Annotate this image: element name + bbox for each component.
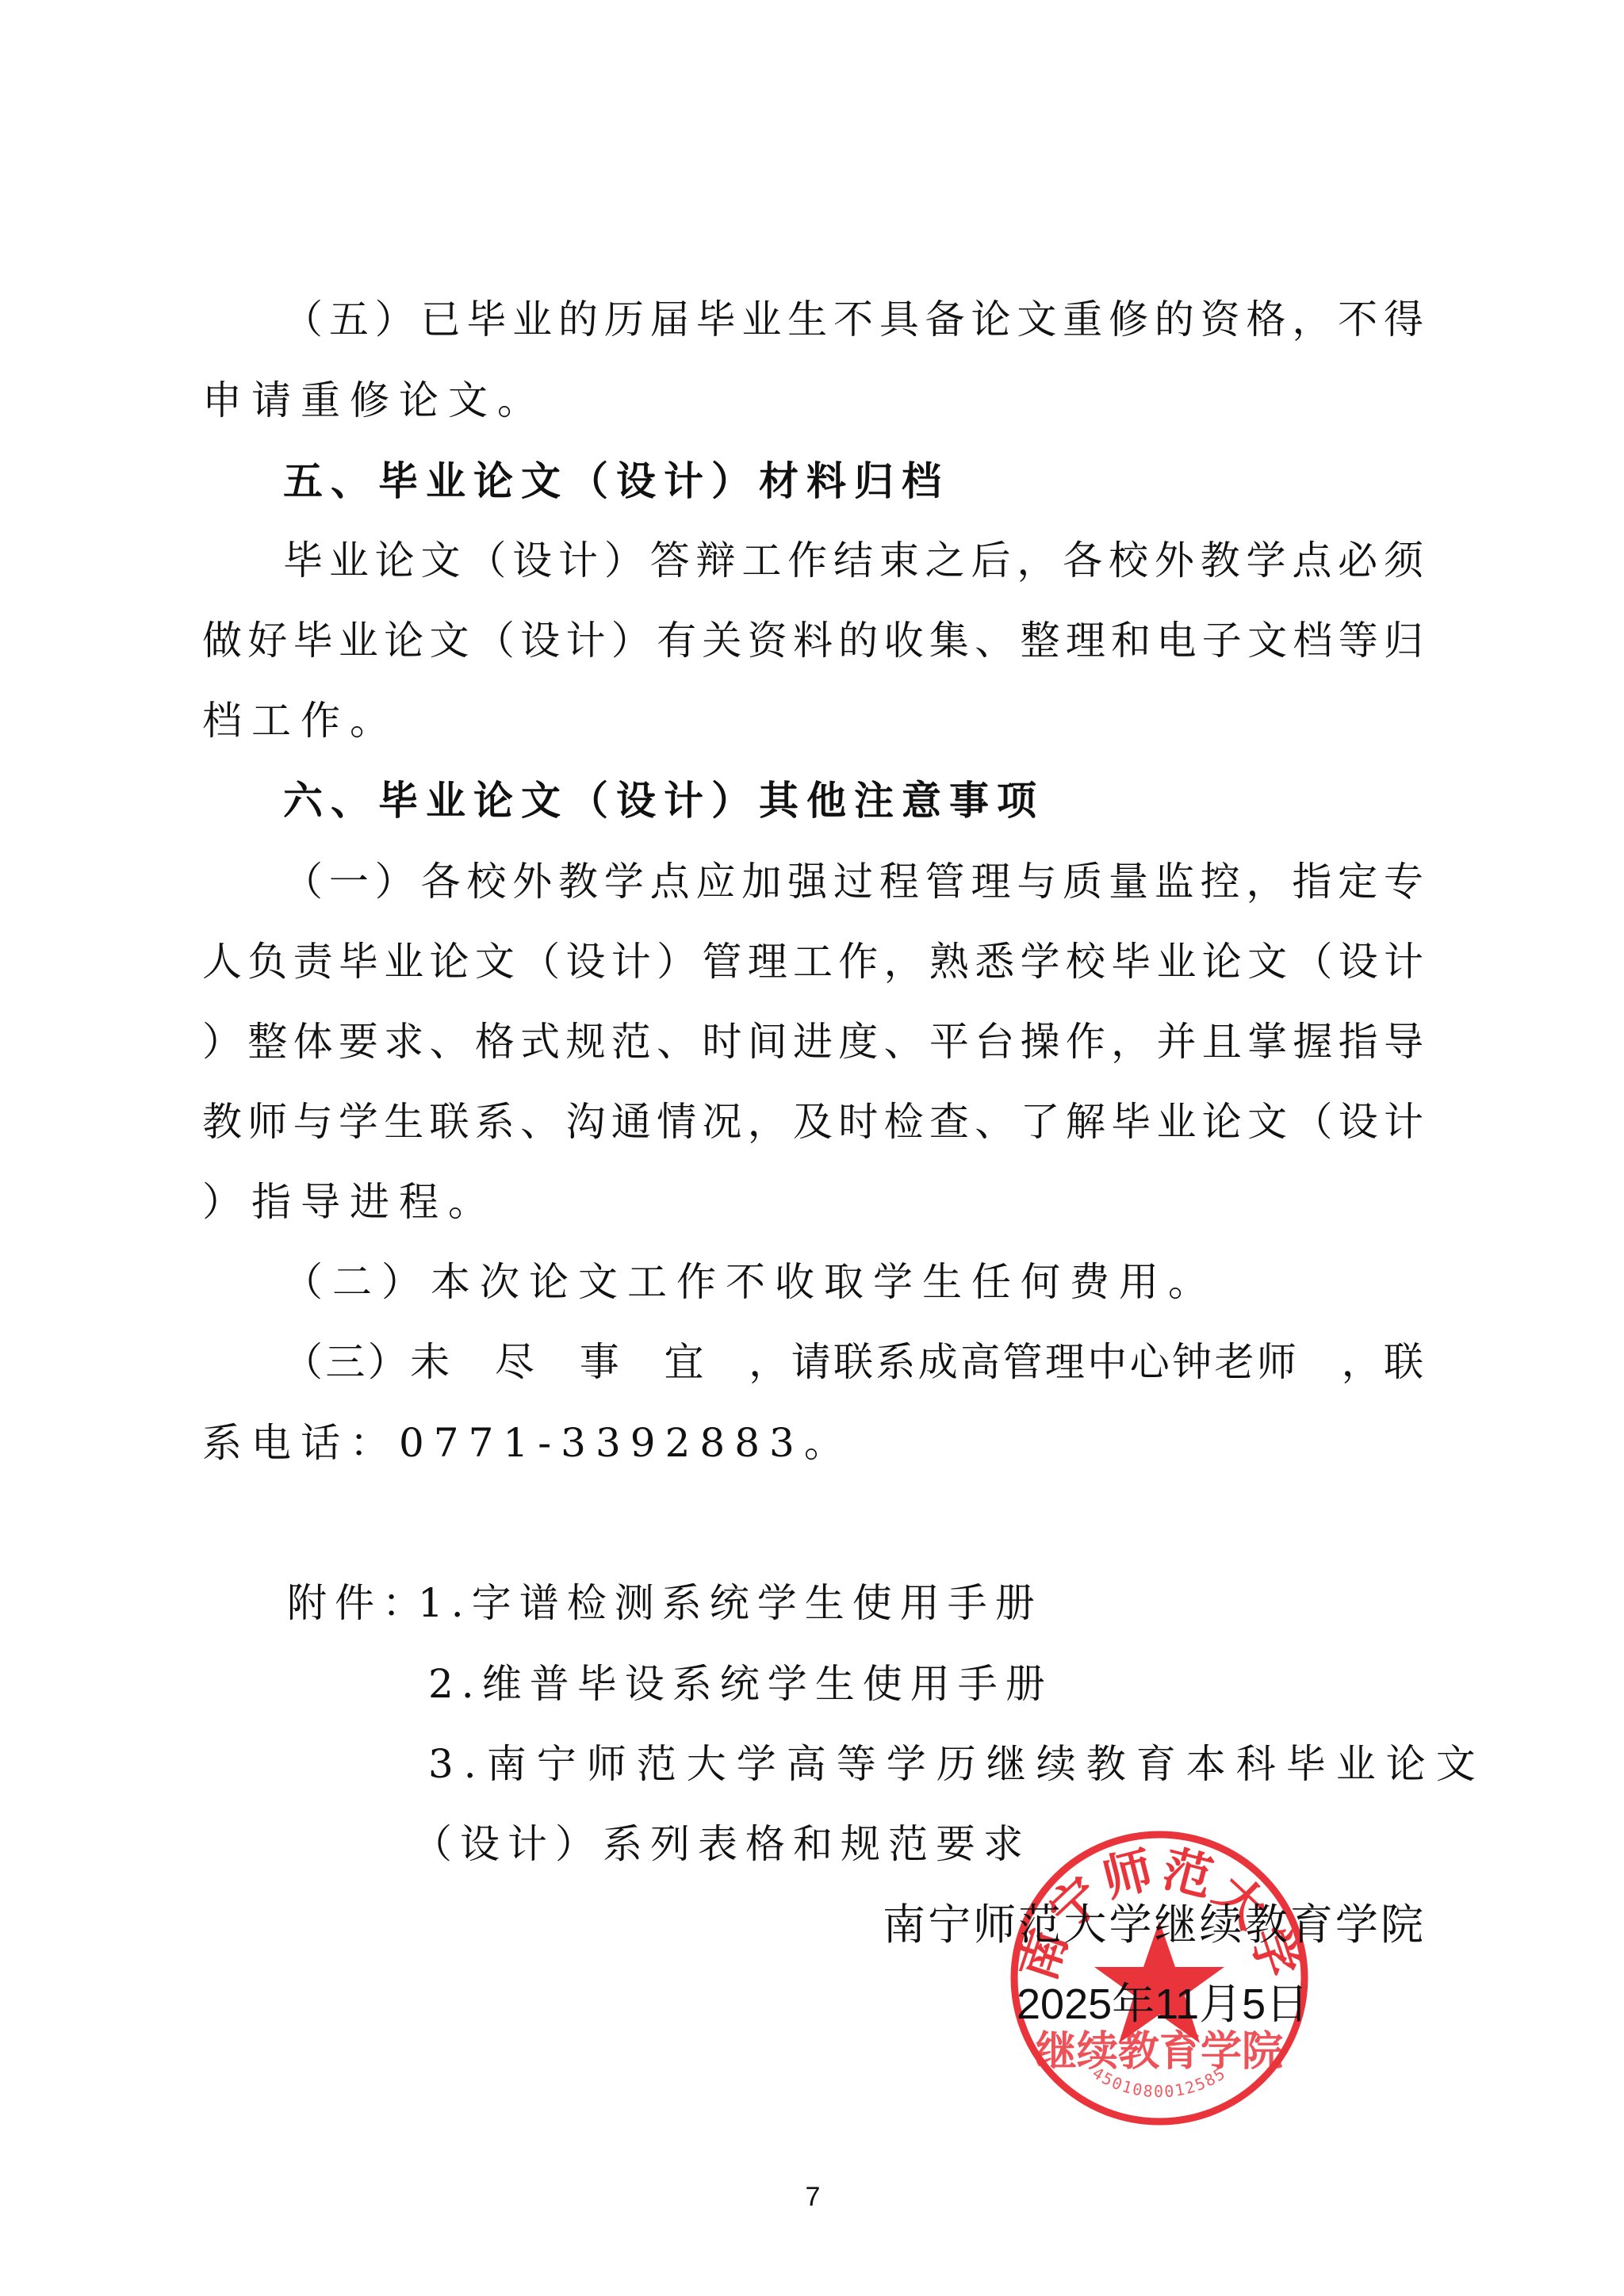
- section-heading-other-notes: 六、毕业论文（设计）其他注意事项: [283, 775, 1044, 826]
- paragraph-line: 毕业论文（设计）答辩工作结束之后，各校外教学点必须: [283, 535, 1423, 586]
- document-page: （五）已毕业的历届毕业生不具备论文重修的资格，不得 申请重修论文。 五、毕业论文…: [0, 0, 1624, 2296]
- official-seal-stamp: 南宁师范大学 继续教育学院 4501080012585: [1007, 1827, 1312, 2129]
- paragraph-line: 申请重修论文。: [202, 375, 1423, 426]
- svg-text:继续教育学院: 继续教育学院: [1036, 2028, 1283, 2076]
- svg-text:4501080012585: 4501080012585: [1089, 2063, 1229, 2101]
- paragraph-line: 人负责毕业论文（设计）管理工作，熟悉学校毕业论文（设计: [202, 936, 1423, 987]
- paragraph-line: 做好毕业论文（设计）有关资料的收集、整理和电子文档等归: [202, 615, 1423, 666]
- paragraph-line-phone: 系电话：0771-3392883。: [202, 1418, 1423, 1468]
- paragraph-line: （五）已毕业的历届毕业生不具备论文重修的资格，不得: [283, 294, 1423, 345]
- issuer-signature: 南宁师范大学继续教育学院: [883, 1900, 1423, 1950]
- attachment-item-1: 1.字谱检测系统学生使用手册: [418, 1578, 1043, 1628]
- paragraph-line: （一）各校外教学点应加强过程管理与质量监控，指定专: [283, 856, 1423, 907]
- paragraph-line: ）整体要求、格式规范、时间进度、平台操作，并且掌握指导: [202, 1016, 1423, 1067]
- paragraph-line: 档工作。: [202, 695, 1423, 746]
- attachment-item-2: 2.维普毕设系统学生使用手册: [428, 1659, 1053, 1709]
- paragraph-line: ）指导进程。: [202, 1177, 1423, 1227]
- paragraph-line-contact: （三）未 尽 事 宜 ，请联系成高管理中心钟老师 ，联: [283, 1337, 1423, 1387]
- attachment-item-3-continuation: （设计）系列表格和规范要求: [412, 1819, 1031, 1869]
- attachments-label: 附件：: [287, 1578, 430, 1628]
- issue-date: 2025年11月5日: [1017, 1979, 1296, 2030]
- seal-icon: 南宁师范大学 继续教育学院 4501080012585: [1007, 1827, 1312, 2129]
- attachment-item-3: 3.南宁师范大学高等学历继续教育本科毕业论文: [428, 1739, 1486, 1789]
- page-number: 7: [793, 2182, 833, 2213]
- section-heading-archiving: 五、毕业论文（设计）材料归档: [283, 456, 949, 507]
- paragraph-line: （二）本次论文工作不收取学生任何费用。: [283, 1257, 1217, 1307]
- paragraph-line: 教师与学生联系、沟通情况，及时检查、了解毕业论文（设计: [202, 1096, 1423, 1147]
